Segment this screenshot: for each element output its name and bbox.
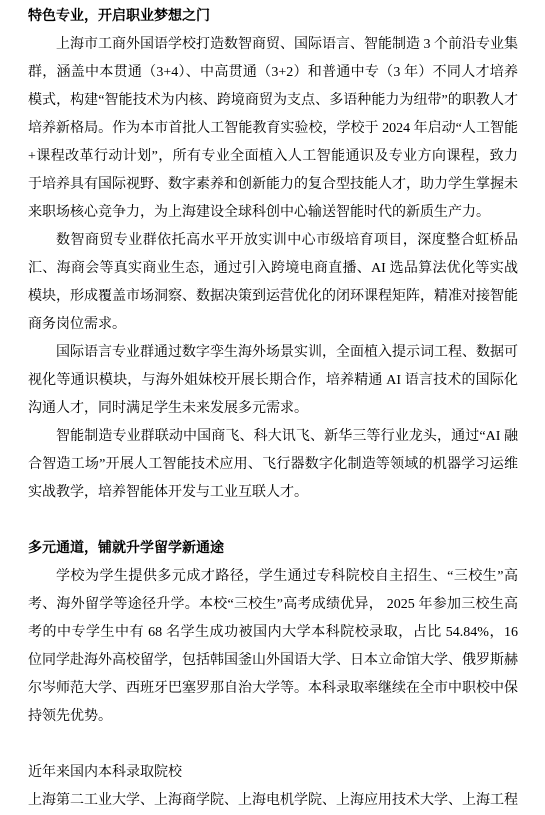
document-page: 特色专业，开启职业梦想之门 上海市工商外国语学校打造数智商贸、国际语言、智能制造… xyxy=(0,0,545,815)
pathways-paragraph: 学校为学生提供多元成才路径，学生通过专科院校自主招生、“三校生”高考、海外留学等… xyxy=(28,563,518,731)
section-majors-heading: 特色专业，开启职业梦想之门 xyxy=(28,3,518,31)
admissions-intro-line: 近年来国内本科录取院校 xyxy=(28,759,518,787)
admissions-universities-line: 上海第二工业大学、上海商学院、上海电机学院、上海应用技术大学、上海工程 xyxy=(28,787,518,815)
blank-line xyxy=(28,507,518,535)
section-pathways-heading: 多元通道，铺就升学留学新通途 xyxy=(28,535,518,563)
blank-line xyxy=(28,731,518,759)
international-language-paragraph: 国际语言专业群通过数字孪生海外场景实训，全面植入提示词工程、数据可视化等通识模块… xyxy=(28,339,518,423)
digital-commerce-paragraph: 数智商贸专业群依托高水平开放实训中心市级培育项目，深度整合虹桥品汇、海商会等真实… xyxy=(28,227,518,339)
majors-intro-paragraph: 上海市工商外国语学校打造数智商贸、国际语言、智能制造 3 个前沿专业集群，涵盖中… xyxy=(28,31,518,227)
intelligent-manufacturing-paragraph: 智能制造专业群联动中国商飞、科大讯飞、新华三等行业龙头，通过“AI 融合智造工场… xyxy=(28,423,518,507)
